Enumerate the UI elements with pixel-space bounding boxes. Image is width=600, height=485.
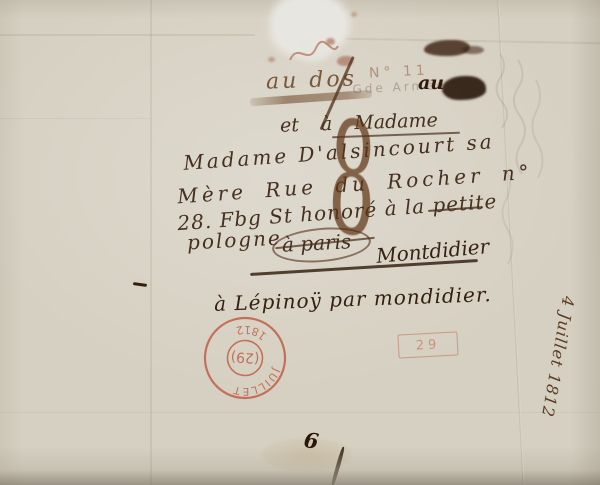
postmark-cds: JUILLET 1812 (29) [194, 307, 296, 409]
bird-ink-blot-tail [462, 46, 484, 54]
postmark-day-text: (29) [230, 348, 260, 366]
bleedthrough-writing [486, 50, 550, 280]
letter-photo: au dos N° 11 Gde Armée au et à Madame Ma… [0, 0, 600, 485]
top-right-au-inscription: au [418, 72, 444, 94]
bottom-edge-shadow [0, 470, 600, 485]
postmark-month-text: JUILLET [231, 363, 282, 400]
svg-text:1812: 1812 [232, 322, 270, 343]
top-right-ink-blot [442, 76, 486, 100]
red-squiggle-mark [288, 40, 340, 66]
wax-spot [268, 57, 275, 62]
postmark-year-text: 1812 [232, 322, 270, 343]
svg-text:JUILLET: JUILLET [231, 363, 282, 400]
wax-spot [351, 12, 357, 17]
crease-line-mid [0, 118, 150, 119]
bottom-ink-mark: 6 [302, 427, 320, 454]
boxed-postmark: 29 [397, 331, 458, 358]
address-line: pologne [186, 226, 282, 255]
crease-line-low [0, 412, 600, 413]
crease-line-top-left [0, 34, 255, 36]
